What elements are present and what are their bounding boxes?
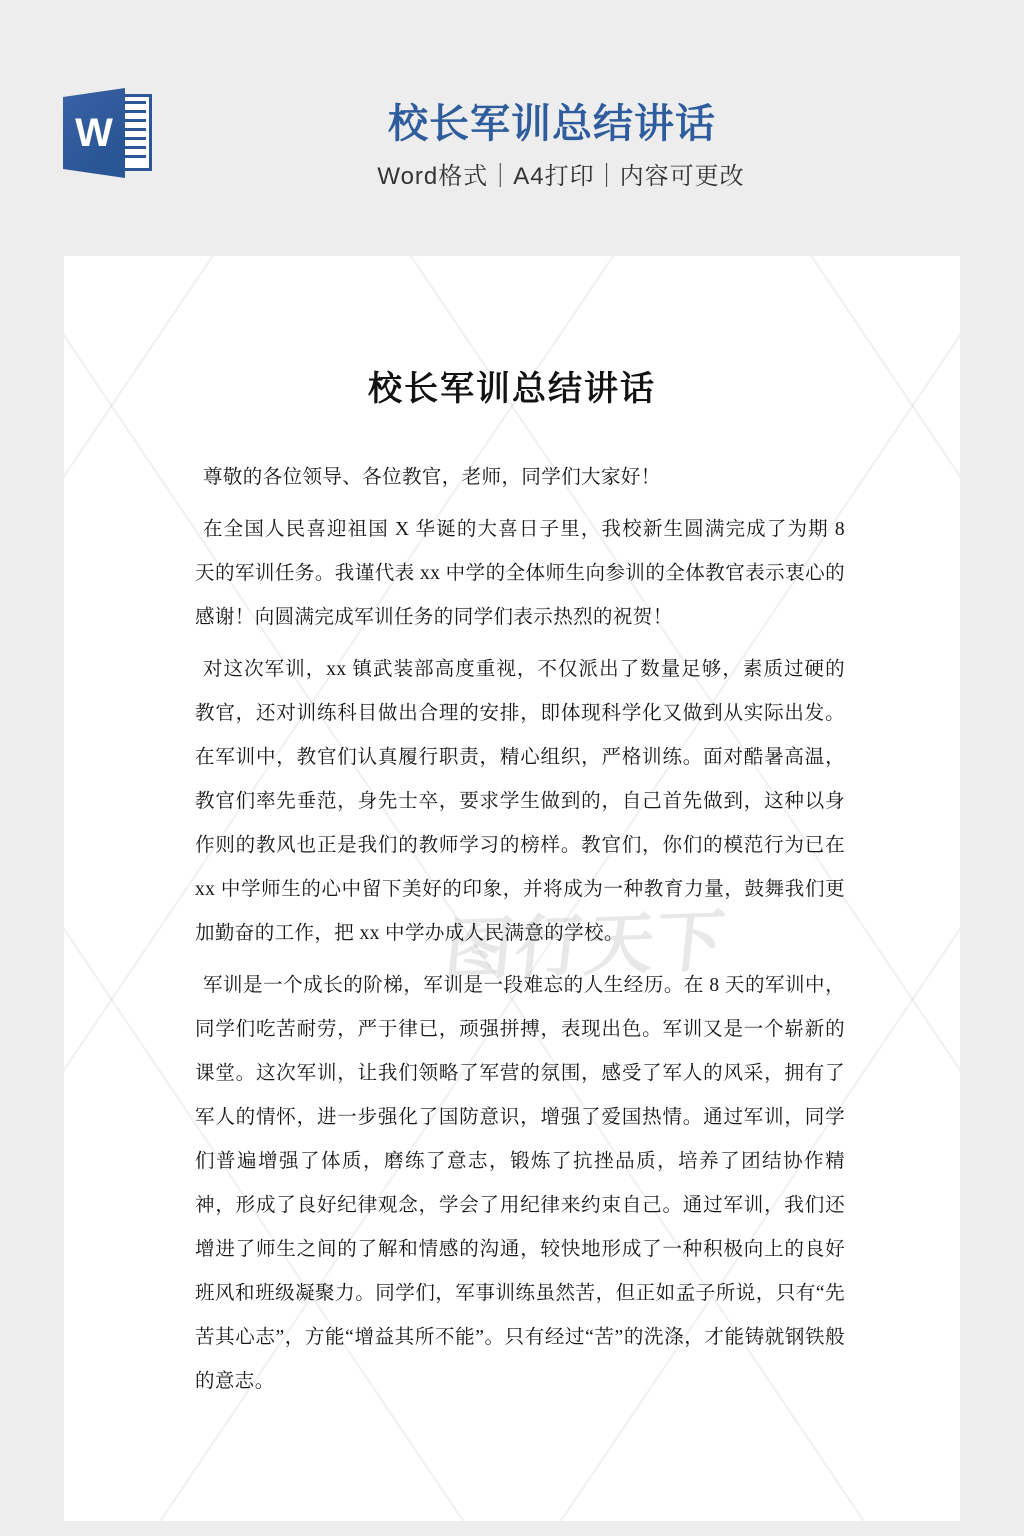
document-preview-page: 图行天下 校长军训总结讲话 尊敬的各位领导、各位教官，老师，同学们大家好！在全国…	[64, 256, 960, 1521]
page-title: 校长军训总结讲话	[388, 92, 716, 149]
doc-paragraph: 军训是一个成长的阶梯，军训是一段难忘的人生经历。在 8 天的军训中，同学们吃苦耐…	[195, 964, 845, 1404]
page: { "header": { "title": "校长军训总结讲话", "subt…	[0, 0, 1024, 1536]
word-icon-letter: W	[75, 113, 113, 153]
doc-paragraph: 在全国人民喜迎祖国 X 华诞的大喜日子里，我校新生圆满完成了为期 8 天的军训任…	[195, 508, 845, 640]
word-file-icon: W	[63, 88, 153, 178]
site-header: W 校长军训总结讲话 Word格式｜A4打印｜内容可更改	[0, 0, 1024, 256]
document-title: 校长军训总结讲话	[64, 256, 960, 412]
document-body: 尊敬的各位领导、各位教官，老师，同学们大家好！在全国人民喜迎祖国 X 华诞的大喜…	[195, 456, 845, 1404]
page-subtitle: Word格式｜A4打印｜内容可更改	[377, 156, 744, 191]
doc-paragraph: 对这次军训，xx 镇武装部高度重视，不仅派出了数量足够，素质过硬的教官，还对训练…	[195, 648, 845, 956]
document-content: 校长军训总结讲话 尊敬的各位领导、各位教官，老师，同学们大家好！在全国人民喜迎祖…	[64, 256, 960, 1404]
word-icon-cover: W	[63, 88, 125, 178]
doc-paragraph: 尊敬的各位领导、各位教官，老师，同学们大家好！	[195, 456, 845, 500]
